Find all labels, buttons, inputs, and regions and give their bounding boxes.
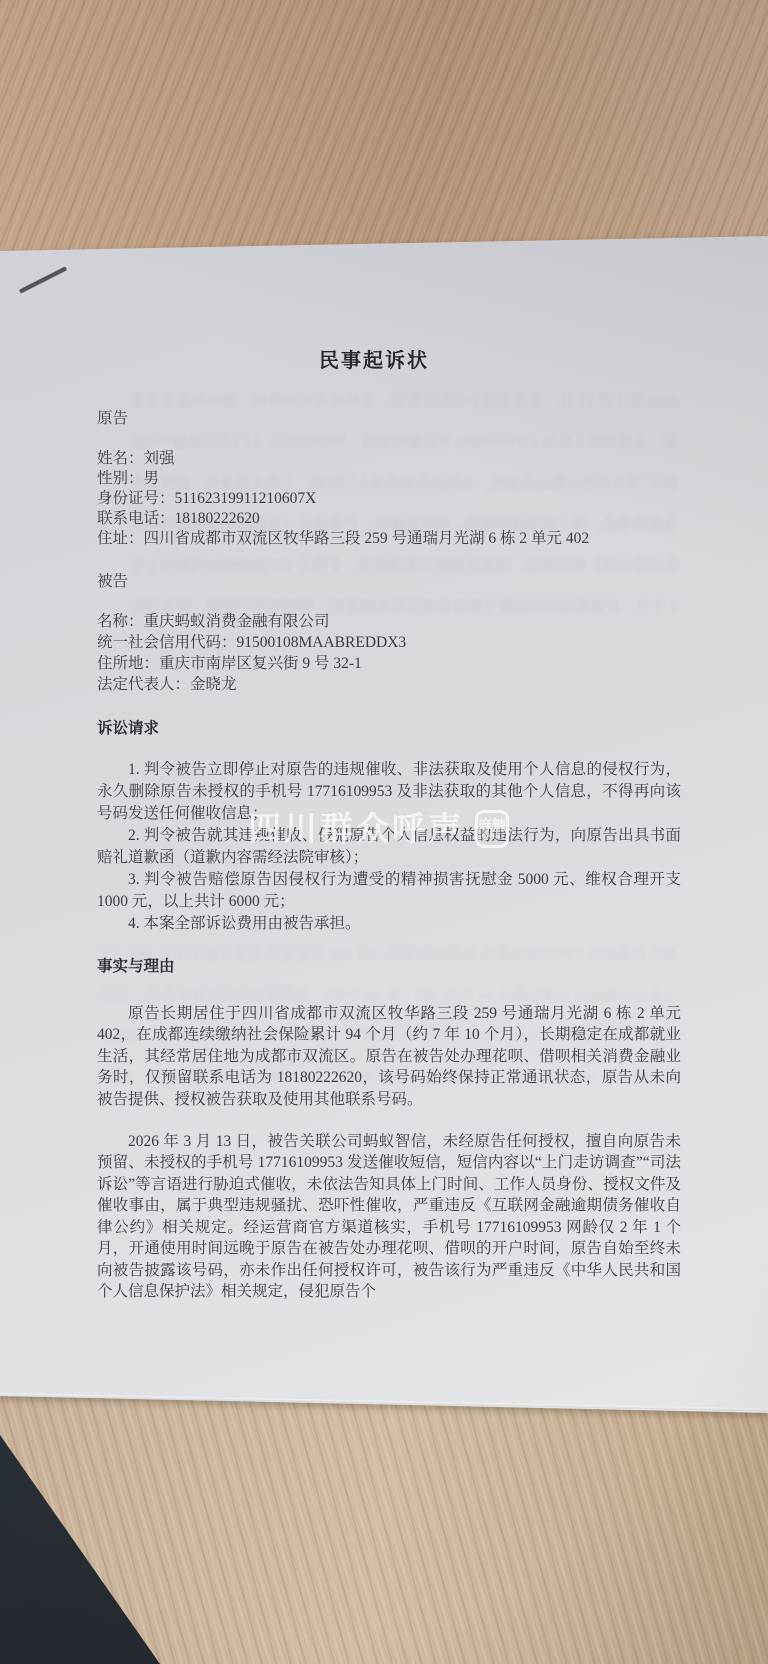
watermark: 四川群众呼声 麻辣 mala.cn <box>248 808 509 850</box>
defendant-representative-line: 法定代表人：金晓龙 <box>97 674 681 695</box>
watermark-badge-sublabel: mala.cn <box>481 833 502 840</box>
plaintiff-id-line: 身份证号：51162319911210607X <box>97 489 681 509</box>
document-title: 民事起诉状 <box>97 348 651 374</box>
plaintiff-phone-line: 联系电话：18180222620 <box>97 509 681 529</box>
defendant-name-line: 名称：重庆蚂蚁消费金融有限公司 <box>97 611 681 632</box>
photo-scene: 2026 年 3 月 13 日，被告关联公司蚂蚁智信，未经原告任何授权，擅自向原… <box>0 0 768 1664</box>
claims-heading: 诉讼请求 <box>97 718 681 740</box>
document-page: 2026 年 3 月 13 日，被告关联公司蚂蚁智信，未经原告任何授权，擅自向原… <box>0 0 768 1664</box>
watermark-badge-label: 麻辣 <box>478 818 506 833</box>
plaintiff-address-line: 住址：四川省成都市双流区牧华路三段 259 号通瑞月光湖 6 栋 2 单元 40… <box>97 529 681 549</box>
claim-item: 4. 本案全部诉讼费用由被告承担。 <box>97 913 681 935</box>
pen-mark <box>19 266 67 293</box>
defendant-info: 名称：重庆蚂蚁消费金融有限公司 统一社会信用代码：91500108MAABRED… <box>97 611 681 695</box>
plaintiff-info: 姓名：刘强 性别：男 身份证号：51162319911210607X 联系电话：… <box>97 449 681 549</box>
watermark-badge-icon: 麻辣 mala.cn <box>475 810 509 848</box>
defendant-credit-code-line: 统一社会信用代码：91500108MAABREDDX3 <box>97 632 681 653</box>
plaintiff-gender-line: 性别：男 <box>97 469 681 489</box>
plaintiff-heading: 原告 <box>97 408 681 430</box>
paper-bottom-edge <box>0 1393 768 1412</box>
defendant-heading: 被告 <box>97 571 681 593</box>
facts-paragraph: 原告长期居住于四川省成都市双流区牧华路三段 259 号通瑞月光湖 6 栋 2 单… <box>97 1003 681 1111</box>
facts-paragraph: 2026 年 3 月 13 日，被告关联公司蚂蚁智信，未经原告任何授权，擅自向原… <box>97 1131 681 1303</box>
facts-heading: 事实与理由 <box>97 956 681 978</box>
paper-shadow-wrap: 2026 年 3 月 13 日，被告关联公司蚂蚁智信，未经原告任何授权，擅自向原… <box>0 0 768 1664</box>
plaintiff-name-line: 姓名：刘强 <box>97 449 681 469</box>
facts-paragraphs: 原告长期居住于四川省成都市双流区牧华路三段 259 号通瑞月光湖 6 栋 2 单… <box>97 1003 681 1303</box>
claim-item: 3. 判令被告赔偿原告因侵权行为遭受的精神损害抚慰金 5000 元、维权合理开支… <box>97 869 681 913</box>
defendant-address-line: 住所地：重庆市南岸区复兴街 9 号 32-1 <box>97 653 681 674</box>
watermark-text: 四川群众呼声 <box>248 808 464 850</box>
